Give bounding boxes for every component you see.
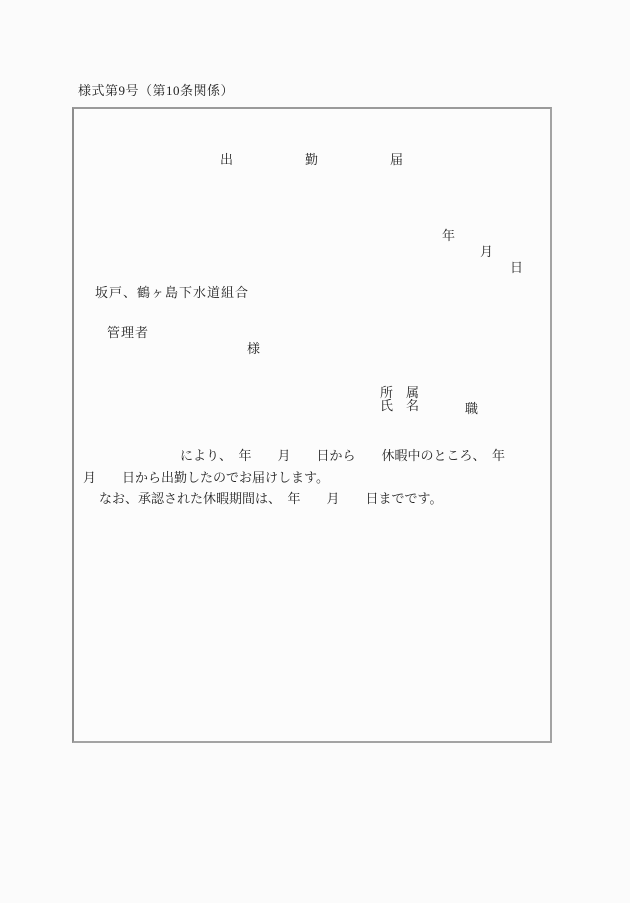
body-text-line-2: 月 日から出勤したのでお届けします。 (83, 467, 329, 486)
body-text-line-3: なお、承認された休暇期間は、 年 月 日までです。 (99, 488, 442, 507)
signer-affiliation-line: 所 属 職 (74, 366, 550, 382)
document-page: 様式第9号（第10条関係） 出勤届 年 月 日 坂戸、鶴ヶ島下水道組合 管理者 … (0, 0, 630, 903)
addressee-manager-line: 管理者 様 (74, 306, 550, 322)
date-day-label: 日 (510, 257, 523, 276)
date-year-label: 年 (442, 225, 455, 244)
form-number-label: 様式第9号（第10条関係） (78, 80, 234, 99)
form-border-box: 出勤届 年 月 日 坂戸、鶴ヶ島下水道組合 管理者 様 所 属 職 氏 名 によ… (72, 107, 552, 743)
name-label: 氏 名 (380, 395, 419, 414)
position-label: 職 (465, 398, 478, 417)
addressee-organization: 坂戸、鶴ヶ島下水道組合 (95, 282, 249, 301)
form-title: 出勤届 (220, 149, 475, 168)
honorific-label: 様 (247, 338, 260, 357)
manager-label: 管理者 (107, 322, 149, 341)
date-month-label: 月 (480, 241, 493, 260)
body-text-line-1: により、 年 月 日から 休暇中のところ、 年 (180, 445, 505, 464)
date-line: 年 月 日 (74, 209, 550, 225)
